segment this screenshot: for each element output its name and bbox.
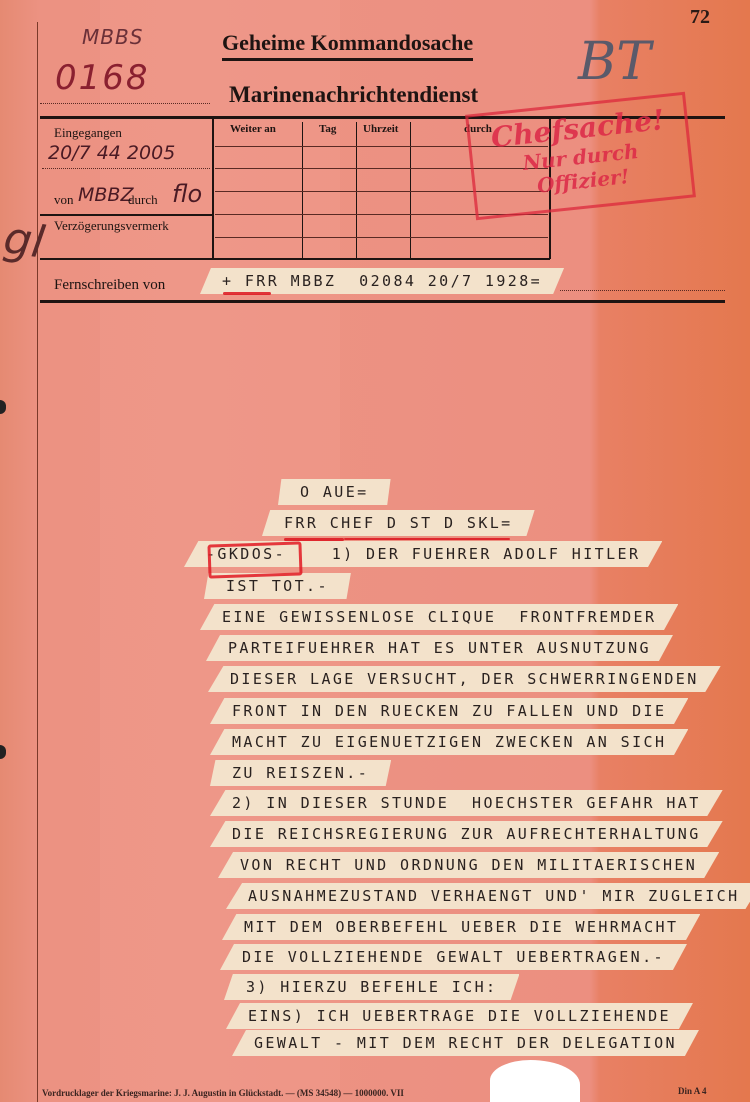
teletype-dotted-line — [560, 290, 725, 291]
message-line: AUSNAHMEZUSTAND VERHAENGT UND' MIR ZUGLE… — [226, 883, 750, 909]
message-line: 2) IN DIESER STUNDE HOECHSTER GEFAHR HAT — [210, 790, 723, 816]
handwritten-number: 0168 — [55, 58, 150, 98]
message-line: VON RECHT UND ORDNUNG DEN MILITAERISCHEN — [218, 852, 719, 878]
teletype-bottom-rule — [40, 300, 725, 303]
printer-footer: Vordrucklager der Kriegsmarine: J. J. Au… — [42, 1088, 404, 1098]
column-header: Uhrzeit — [363, 123, 398, 135]
message-line: DIESER LAGE VERSUCHT, DER SCHWERRINGENDE… — [208, 666, 721, 692]
message-line: FRR CHEF D ST D SKL= — [262, 510, 535, 536]
message-line: DIE REICHSREGIERUNG ZUR AUFRECHTERHALTUN… — [210, 821, 723, 847]
margin-line — [37, 22, 38, 1102]
by-value: flo — [172, 180, 202, 208]
form-mid-rule — [40, 214, 212, 216]
teletype-header-tape: + FRR MBBZ 02084 20/7 1928= — [200, 268, 564, 294]
teletype-from-label: Fernschreiben von — [54, 277, 165, 294]
column-header: Weiter an — [230, 123, 276, 135]
message-line: DIE VOLLZIEHENDE GEWALT UEBERTRAGEN.- — [220, 944, 687, 970]
form-dotted-line — [42, 168, 210, 169]
from-value: MBBZ — [78, 184, 133, 206]
paper-format: Din A 4 — [678, 1086, 707, 1096]
column-header: Tag — [319, 123, 336, 135]
handwritten-code: MBBS — [82, 25, 143, 49]
id-dotted-line — [40, 103, 210, 104]
page-number: 72 — [690, 6, 710, 29]
form-vrule — [212, 119, 214, 259]
received-value: 20/7 44 2005 — [48, 142, 175, 164]
message-line: ZU REISZEN.- — [210, 760, 391, 786]
red-underline — [223, 292, 271, 295]
message-line: FRONT IN DEN RUECKEN ZU FALLEN UND DIE — [210, 698, 688, 724]
red-underline — [344, 538, 510, 540]
by-label: durch — [128, 192, 158, 208]
form-row-line — [215, 237, 548, 238]
received-label: Eingegangen — [54, 125, 122, 141]
message-line: GEWALT - MIT DEM RECHT DER DELEGATION — [232, 1030, 699, 1056]
message-line: MIT DEM OBERBEFEHL UEBER DIE WEHRMACHT — [222, 914, 700, 940]
message-line: EINS) ICH UEBERTRAGE DIE VOLLZIEHENDE — [226, 1003, 693, 1029]
from-label: von — [54, 192, 74, 208]
message-line: MACHT ZU EIGENUETZIGEN ZWECKEN AN SICH — [210, 729, 688, 755]
document-subtitle: Marinenachrichtendienst — [229, 82, 478, 108]
handwritten-initials: BT — [578, 32, 651, 92]
message-line: 3) HIERZU BEFEHLE ICH: — [224, 974, 519, 1000]
red-circle-gkdos — [207, 541, 302, 578]
message-line: PARTEIFUEHRER HAT ES UNTER AUSNUTZUNG — [206, 635, 673, 661]
red-underline — [284, 538, 344, 541]
message-line: O AUE= — [278, 479, 391, 505]
side-initials: gl — [1, 212, 48, 268]
document-title: Geheime Kommandosache — [222, 30, 473, 61]
delay-label: Verzögerungsvermerk — [54, 218, 169, 234]
form-bottom-rule — [40, 258, 550, 260]
message-line: EINE GEWISSENLOSE CLIQUE FRONTFREMDER — [200, 604, 678, 630]
